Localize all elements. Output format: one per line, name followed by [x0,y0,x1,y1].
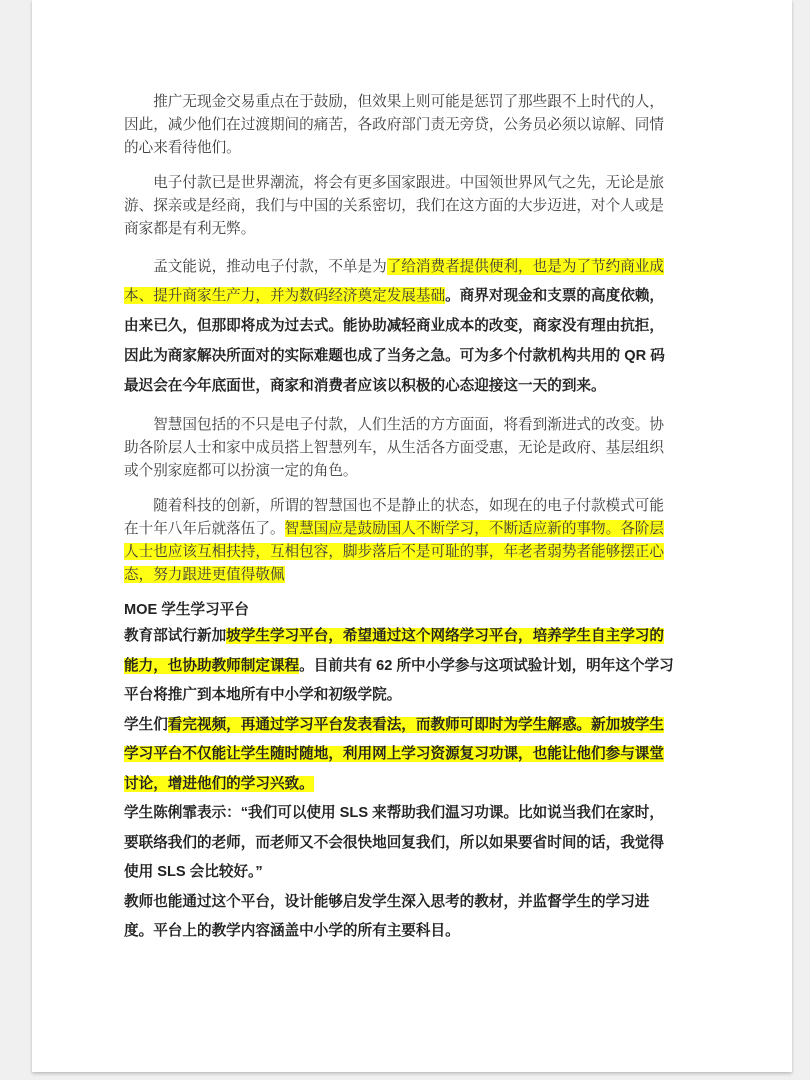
paragraph: 电子付款已是世界潮流，将会有更多国家跟进。中国领世界风气之先，无论是旅游、探亲或… [124,171,704,240]
text-segment: 因此，减少他们在过渡期间的痛苦，各政府部门责无旁贷，公务员必须以谅解、同情 [124,116,664,133]
text-line: 使用 SLS 会比较好。” [124,858,704,888]
text-segment: 或个别家庭都可以扮演一定的角色。 [124,462,358,479]
text-segment: 教育部试行新加 [124,628,226,644]
text-line: 推广无现金交易重点在于鼓励，但效果上则可能是惩罚了那些跟不上时代的人， [124,90,704,113]
text-segment: 孟文能说，推动电子付款，不单是为 [124,258,387,275]
section-paragraph: 学生陈俐霏表示：“我们可以使用 SLS 来帮助我们温习功课。比如说当我们在家时，… [124,799,704,888]
highlighted-text: 看完视频，再通过学习平台发表看法，而教师可即时为学生解惑。新加坡学生 [168,717,664,733]
text-line: 学生陈俐霏表示：“我们可以使用 SLS 来帮助我们温习功课。比如说当我们在家时， [124,799,704,829]
text-line: 随着科技的创新，所谓的智慧国也不是静止的状态，如现在的电子付款模式可能 [124,494,704,517]
text-line: 由来已久，但那即将成为过去式。能协助减轻商业成本的改变，商家没有理由抗拒， [124,311,704,341]
document-content: 推广无现金交易重点在于鼓励，但效果上则可能是惩罚了那些跟不上时代的人，因此，减少… [124,90,704,947]
text-line: 学习平台不仅能让学生随时随地，利用网上学习资源复习功课，也能让他们参与课堂 [124,740,704,770]
paragraph: 推广无现金交易重点在于鼓励，但效果上则可能是惩罚了那些跟不上时代的人，因此，减少… [124,90,704,159]
text-segment: 度。平台上的教学内容涵盖中小学的所有主要科目。 [124,923,460,939]
text-segment: 平台将推广到本地所有中小学和初级学院。 [124,687,401,703]
text-segment: 在十年八年后就落伍了。 [124,520,285,537]
text-segment: 学生们 [124,717,168,733]
text-line: 助各阶层人士和家中成员搭上智慧列车，从生活各方面受惠，无论是政府、基层组织 [124,436,704,459]
document-page: 推广无现金交易重点在于鼓励，但效果上则可能是惩罚了那些跟不上时代的人，因此，减少… [32,0,792,1072]
text-segment: 的心来看待他们。 [124,139,241,156]
highlighted-text: 了给消费者提供便利，也是为了节约商业成 [387,258,664,275]
text-line: 教师也能通过这个平台，设计能够启发学生深入思考的教材，并监督学生的学习进 [124,888,704,918]
text-line: 因此，减少他们在过渡期间的痛苦，各政府部门责无旁贷，公务员必须以谅解、同情 [124,113,704,136]
text-segment: 教师也能通过这个平台，设计能够启发学生深入思考的教材，并监督学生的学习进 [124,894,649,910]
text-line: 在十年八年后就落伍了。智慧国应是鼓励国人不断学习，不断适应新的事物。各阶层 [124,517,704,540]
highlighted-text: 本、提升商家生产力，并为数码经济奠定发展基础 [124,287,445,304]
paragraph: 随着科技的创新，所谓的智慧国也不是静止的状态，如现在的电子付款模式可能在十年八年… [124,494,704,586]
text-segment: 推广无现金交易重点在于鼓励，但效果上则可能是惩罚了那些跟不上时代的人， [124,93,664,110]
text-line: 智慧国包括的不只是电子付款，人们生活的方方面面，将看到渐进式的改变。协 [124,413,704,436]
highlighted-text: 态，努力跟进更值得敬佩 [124,566,285,583]
text-line: 度。平台上的教学内容涵盖中小学的所有主要科目。 [124,917,704,947]
section-paragraph: 学生们看完视频，再通过学习平台发表看法，而教师可即时为学生解惑。新加坡学生学习平… [124,711,704,800]
highlighted-text: 智慧国应是鼓励国人不断学习，不断适应新的事物。各阶层 [285,520,664,537]
section-paragraph: 教育部试行新加坡学生学习平台，希望通过这个网络学习平台，培养学生自主学习的能力，… [124,622,704,711]
text-line: 平台将推广到本地所有中小学和初级学院。 [124,681,704,711]
text-segment: 最迟会在今年底面世，商家和消费者应该以积极的心态迎接这一天的到来。 [124,378,606,394]
text-segment: 电子付款已是世界潮流，将会有更多国家跟进。中国领世界风气之先，无论是旅 [124,174,664,191]
text-segment: 商家都是有利无弊。 [124,220,255,237]
text-line: 态，努力跟进更值得敬佩 [124,563,704,586]
text-line: 最迟会在今年底面世，商家和消费者应该以积极的心态迎接这一天的到来。 [124,371,704,401]
highlighted-text: 人士也应该互相扶持，互相包容，脚步落后不是可耻的事，年老者弱势者能够摆正心 [124,543,664,560]
text-line: 的心来看待他们。 [124,136,704,159]
text-line: 孟文能说，推动电子付款，不单是为了给消费者提供便利，也是为了节约商业成 [124,252,704,281]
text-line: 讨论，增进他们的学习兴致。 [124,770,704,800]
text-segment: 因此为商家解决所面对的实际难题也成了当务之急。可为多个付款机构共用的 QR 码 [124,348,665,364]
text-segment: 。商界对现金和支票的高度依赖， [445,288,664,304]
text-segment: 要联络我们的老师，而老师又不会很快地回复我们，所以如果要省时间的话，我觉得 [124,835,664,851]
text-line: 学生们看完视频，再通过学习平台发表看法，而教师可即时为学生解惑。新加坡学生 [124,711,704,741]
text-segment: 随着科技的创新，所谓的智慧国也不是静止的状态，如现在的电子付款模式可能 [124,497,664,514]
text-line: 要联络我们的老师，而老师又不会很快地回复我们，所以如果要省时间的话，我觉得 [124,829,704,859]
text-line: 电子付款已是世界潮流，将会有更多国家跟进。中国领世界风气之先，无论是旅 [124,171,704,194]
highlighted-text: 能力，也协助教师制定课程 [124,658,299,674]
text-segment: 学生陈俐霏表示：“我们可以使用 SLS 来帮助我们温习功课。比如说当我们在家时， [124,805,664,821]
highlighted-text: 学习平台不仅能让学生随时随地，利用网上学习资源复习功课，也能让他们参与课堂 [124,746,664,762]
text-segment: 由来已久，但那即将成为过去式。能协助减轻商业成本的改变，商家没有理由抗拒， [124,318,664,334]
text-segment: 游、探亲或是经商，我们与中国的关系密切，我们在这方面的大步迈进，对个人或是 [124,197,664,214]
paragraph: 智慧国包括的不只是电子付款，人们生活的方方面面，将看到渐进式的改变。协助各阶层人… [124,413,704,482]
text-segment: 。目前共有 62 所中小学参与这项试验计划，明年这个学习 [299,658,674,674]
text-line: 因此为商家解决所面对的实际难题也成了当务之急。可为多个付款机构共用的 QR 码 [124,341,704,371]
text-line: 本、提升商家生产力，并为数码经济奠定发展基础。商界对现金和支票的高度依赖， [124,281,704,311]
text-line: 教育部试行新加坡学生学习平台，希望通过这个网络学习平台，培养学生自主学习的 [124,622,704,652]
paragraph: 孟文能说，推动电子付款，不单是为了给消费者提供便利，也是为了节约商业成本、提升商… [124,252,704,401]
text-line: 能力，也协助教师制定课程。目前共有 62 所中小学参与这项试验计划，明年这个学习 [124,652,704,682]
text-line: 商家都是有利无弊。 [124,217,704,240]
text-line: 人士也应该互相扶持，互相包容，脚步落后不是可耻的事，年老者弱势者能够摆正心 [124,540,704,563]
section-paragraph: 教师也能通过这个平台，设计能够启发学生深入思考的教材，并监督学生的学习进度。平台… [124,888,704,947]
highlighted-text: 坡学生学习平台，希望通过这个网络学习平台，培养学生自主学习的 [226,628,664,644]
text-segment: 助各阶层人士和家中成员搭上智慧列车，从生活各方面受惠，无论是政府、基层组织 [124,439,664,456]
section-heading: MOE 学生学习平台 [124,598,704,622]
text-segment: 智慧国包括的不只是电子付款，人们生活的方方面面，将看到渐进式的改变。协 [124,416,664,433]
text-segment: 使用 SLS 会比较好。” [124,864,263,880]
highlighted-text: 讨论，增进他们的学习兴致。 [124,776,314,792]
text-line: 或个别家庭都可以扮演一定的角色。 [124,459,704,482]
text-line: 游、探亲或是经商，我们与中国的关系密切，我们在这方面的大步迈进，对个人或是 [124,194,704,217]
